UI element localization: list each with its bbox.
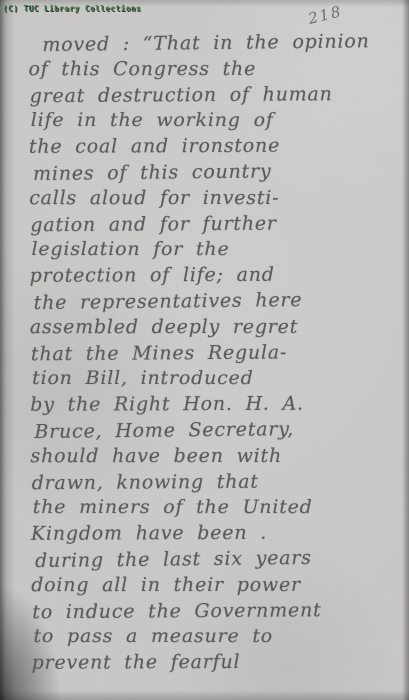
manuscript-text: moved : “That in the opinionof this Cong… bbox=[28, 30, 398, 677]
manuscript-page: (C) TUC Library Collections 218 moved : … bbox=[0, 0, 409, 700]
manuscript-line: of this Congress the bbox=[29, 57, 396, 83]
manuscript-line: to pass a measure to bbox=[34, 624, 399, 650]
manuscript-line: Bruce, Home Secretary, bbox=[34, 416, 397, 446]
manuscript-line: prevent the fearful bbox=[32, 649, 399, 676]
manuscript-line: the coal and ironstone bbox=[29, 133, 396, 160]
manuscript-line: tion Bill, introduced bbox=[33, 366, 398, 392]
manuscript-line: moved : “That in the opinion bbox=[42, 29, 395, 59]
manuscript-line: calls aloud for investi- bbox=[29, 186, 396, 212]
manuscript-line: life in the working of bbox=[31, 108, 396, 134]
manuscript-line: drawn, knowing that bbox=[32, 468, 398, 496]
watermark: (C) TUC Library Collections bbox=[3, 4, 141, 13]
manuscript-line: great destruction of human bbox=[30, 81, 396, 109]
manuscript-line: during the last six years bbox=[35, 545, 398, 575]
manuscript-line: the representatives here bbox=[34, 287, 397, 317]
manuscript-line: protection of life; and bbox=[30, 262, 397, 289]
manuscript-line: that the Mines Regula- bbox=[31, 339, 397, 367]
manuscript-line: should have been with bbox=[31, 444, 398, 470]
manuscript-line: gation and for further bbox=[30, 210, 396, 238]
manuscript-line: mines of this country bbox=[33, 158, 396, 188]
manuscript-line: by the Right Hon. H. A. bbox=[31, 391, 398, 418]
page-right-shadow bbox=[402, 0, 409, 700]
manuscript-line: the miners of the United bbox=[33, 495, 398, 521]
manuscript-line: Kingdom have been . bbox=[31, 520, 398, 547]
manuscript-line: legislation for the bbox=[32, 237, 397, 263]
manuscript-line: assembled deeply regret bbox=[30, 315, 397, 341]
manuscript-line: doing all in their power bbox=[31, 573, 398, 599]
page-bottom-shadow bbox=[0, 690, 409, 700]
manuscript-line: to induce the Government bbox=[32, 597, 398, 625]
